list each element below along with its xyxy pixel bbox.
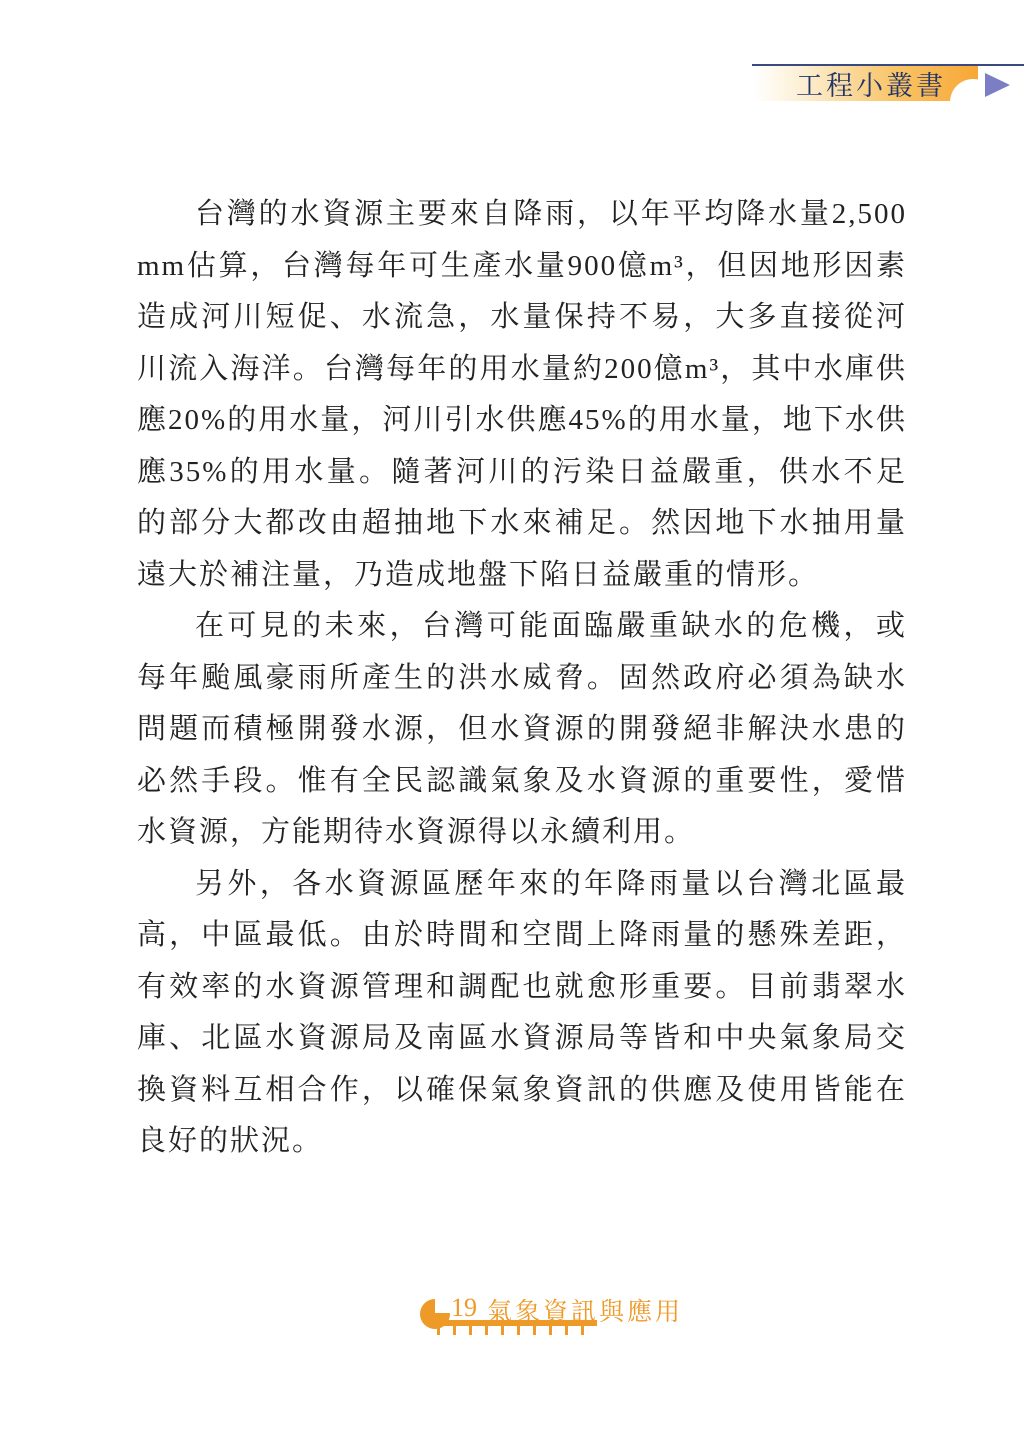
ruler-icon [437,1320,597,1335]
book-page: 工程小叢書 台灣的水資源主要來自降雨，以年平均降水量2,500 mm估算，台灣每… [0,0,1024,1433]
paragraph: 在可見的未來，台灣可能面臨嚴重缺水的危機，或每年颱風豪雨所產生的洪水威脅。固然政… [137,601,907,859]
page-number: 19 [451,1293,477,1323]
paragraph: 另外，各水資源區歷年來的年降雨量以台灣北區最高，中區最低。由於時間和空間上降雨量… [137,859,907,1168]
series-title: 工程小叢書 [786,66,946,101]
page-body: 台灣的水資源主要來自降雨，以年平均降水量2,500 mm估算，台灣每年可生產水量… [137,189,907,1168]
paragraph: 台灣的水資源主要來自降雨，以年平均降水量2,500 mm估算，台灣每年可生產水量… [137,189,907,601]
header-banner: 工程小叢書 [754,66,978,101]
right-triangle-icon [985,73,1010,97]
ruler-ticks [437,1326,597,1335]
